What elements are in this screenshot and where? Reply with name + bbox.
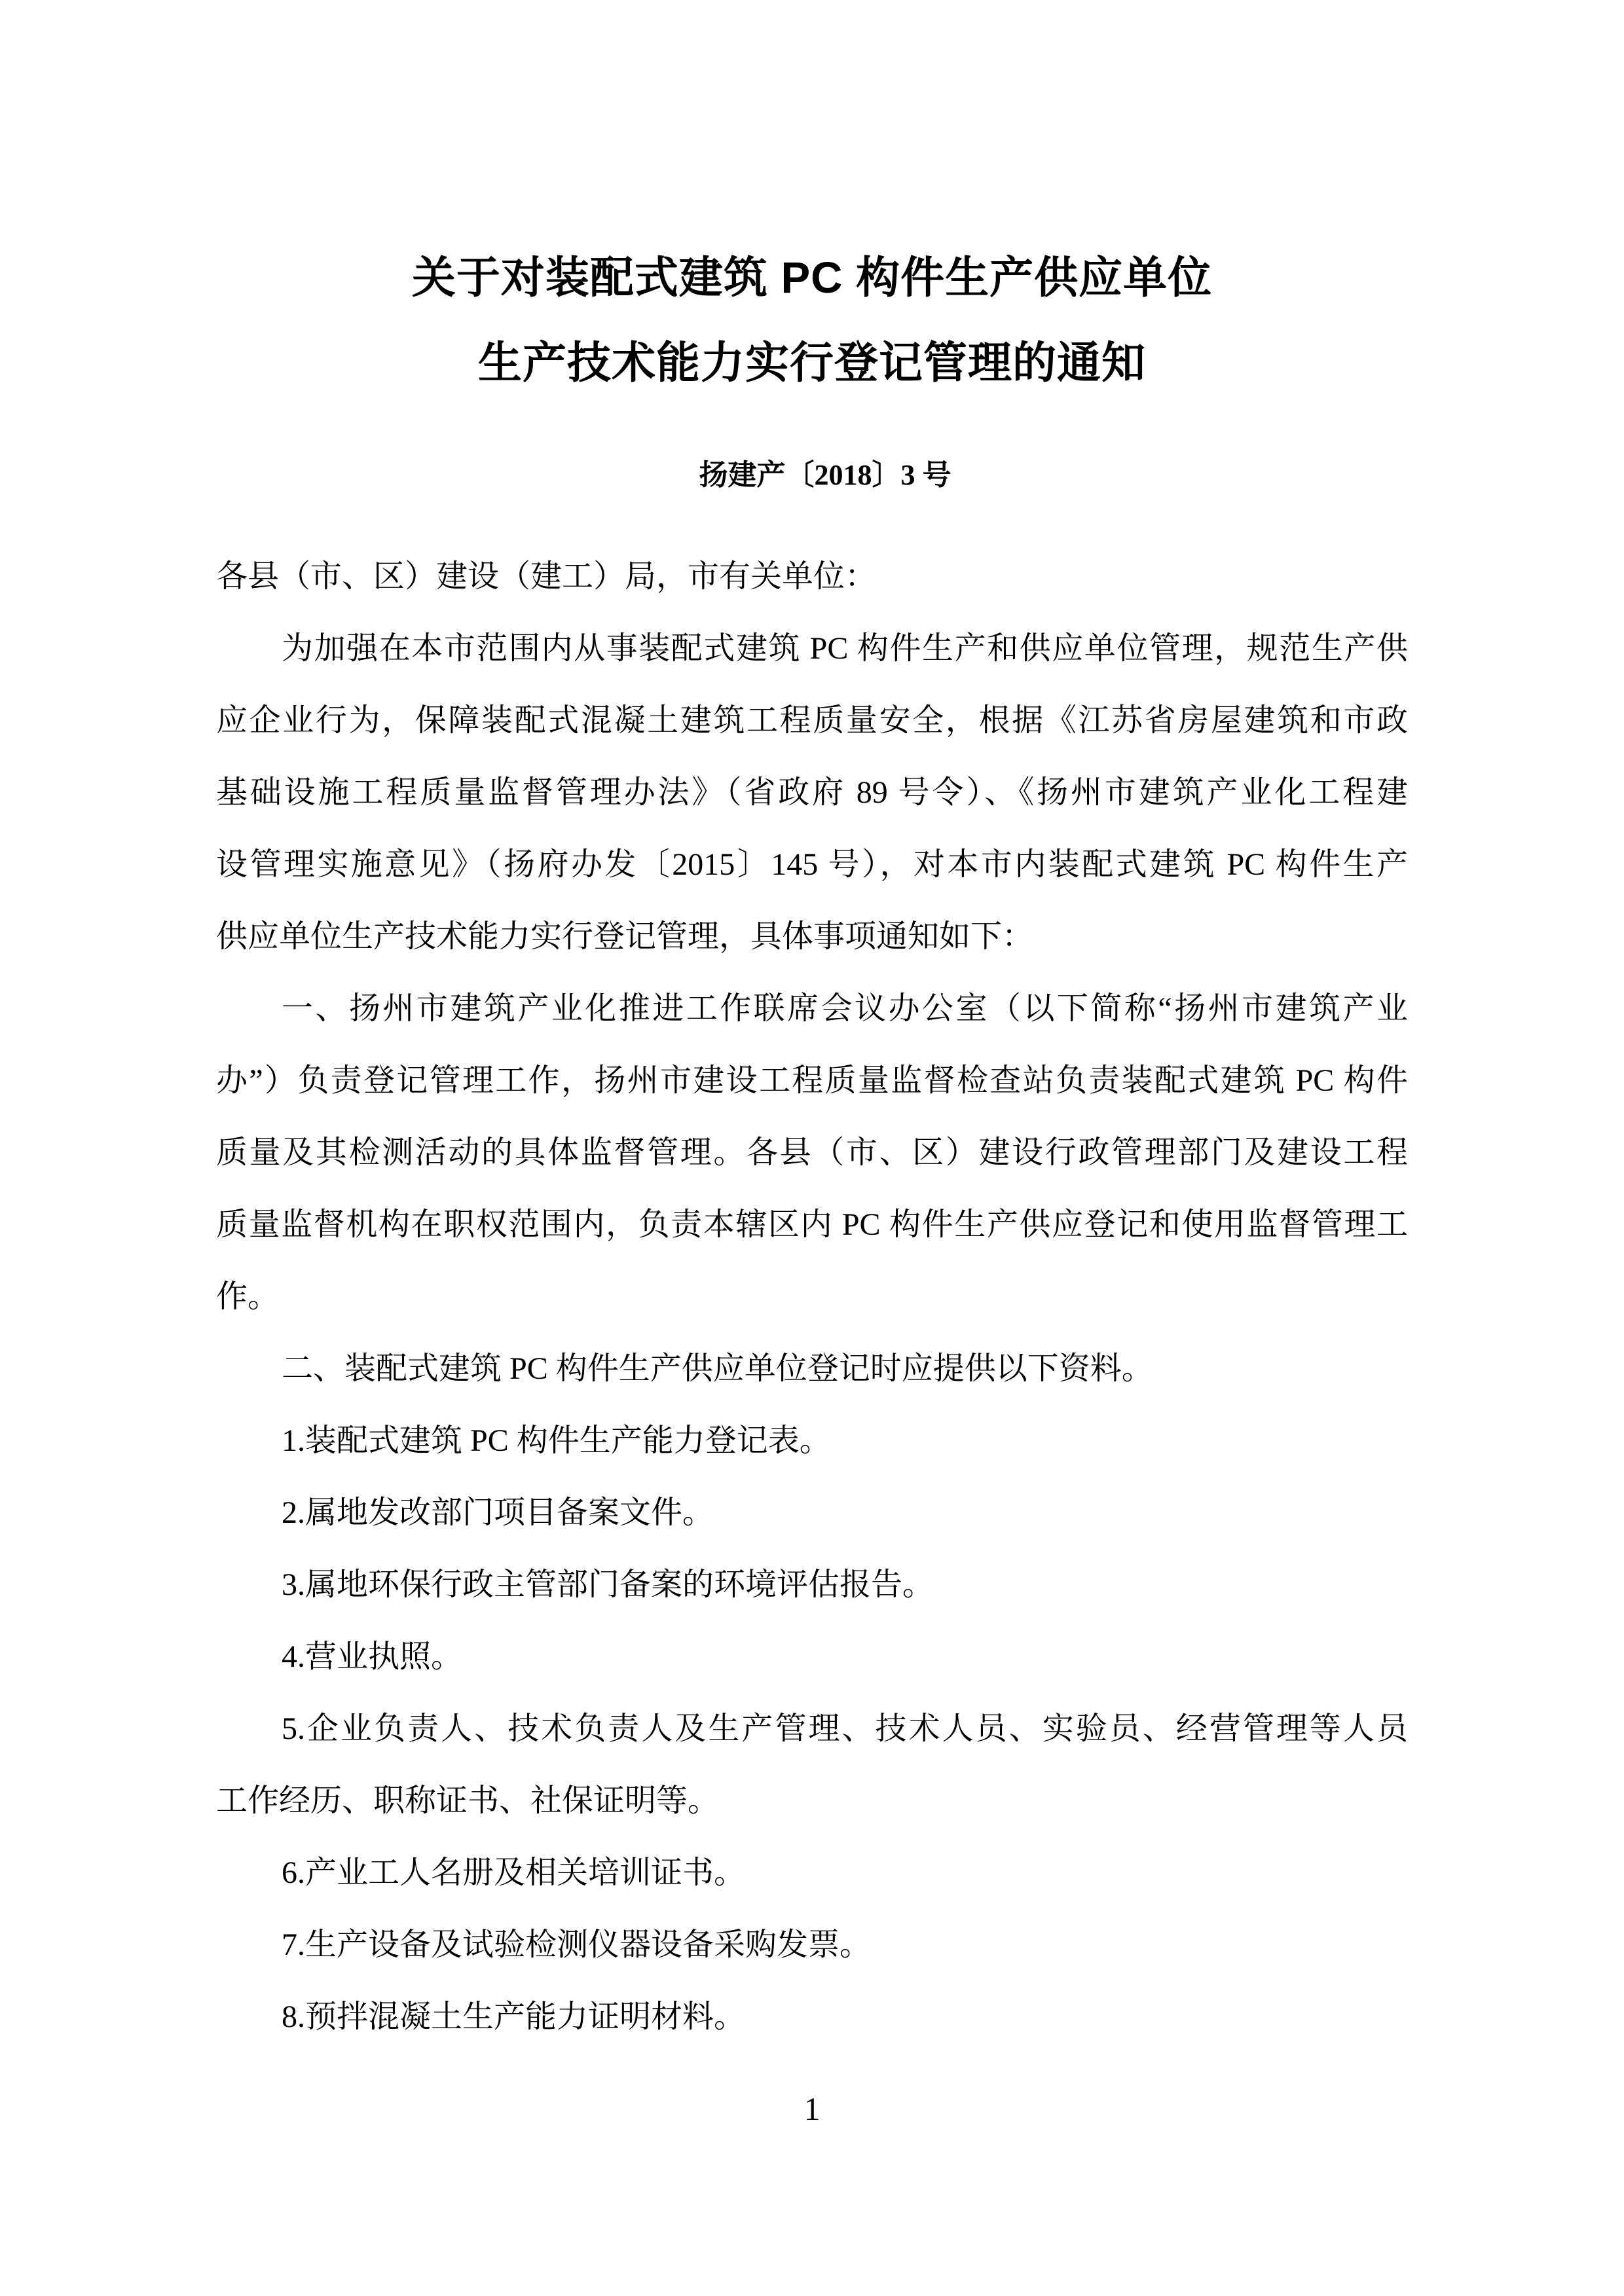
body-line: 二、装配式建筑 PC 构件生产供应单位登记时应提供以下资料。: [216, 1333, 1408, 1405]
body-line: 为加强在本市范围内从事装配式建筑 PC 构件生产和供应单位管理，规范生产供: [216, 613, 1408, 685]
body-line: 1.装配式建筑 PC 构件生产能力登记表。: [216, 1405, 1408, 1477]
body-line: 3.属地环保行政主管部门备案的环境评估报告。: [216, 1549, 1408, 1621]
body-line: 7.生产设备及试验检测仪器设备采购发票。: [216, 1909, 1408, 1981]
body-line: 2.属地发改部门项目备案文件。: [216, 1477, 1408, 1549]
document-title-line-2: 生产技术能力实行登记管理的通知: [0, 321, 1624, 406]
body-line: 办”）负责登记管理工作，扬州市建设工程质量监督检查站负责装配式建筑 PC 构件: [216, 1045, 1408, 1117]
body-line: 质量监督机构在职权范围内，负责本辖区内 PC 构件生产供应登记和使用监督管理工: [216, 1189, 1408, 1261]
body-line: 作。: [216, 1261, 1408, 1333]
body-line: 6.产业工人名册及相关培训证书。: [216, 1837, 1408, 1909]
body-line: 各县（市、区）建设（建工）局，市有关单位：: [216, 541, 1408, 613]
body-line: 8.预拌混凝土生产能力证明材料。: [216, 1981, 1408, 2053]
body-line: 4.营业执照。: [216, 1621, 1408, 1693]
body-line: 设管理实施意见》（扬府办发〔2015〕145 号），对本市内装配式建筑 PC 构…: [216, 829, 1408, 901]
body-line: 质量及其检测活动的具体监督管理。各县（市、区）建设行政管理部门及建设工程: [216, 1117, 1408, 1189]
body-line: 应企业行为，保障装配式混凝土建筑工程质量安全，根据《江苏省房屋建筑和市政: [216, 685, 1408, 757]
document-title: 关于对装配式建筑 PC 构件生产供应单位 生产技术能力实行登记管理的通知: [0, 236, 1624, 406]
page-number: 1: [0, 2090, 1624, 2127]
document-page: 关于对装配式建筑 PC 构件生产供应单位 生产技术能力实行登记管理的通知 扬建产…: [0, 0, 1624, 2296]
body-line: 基础设施工程质量监督管理办法》（省政府 89 号令）、《扬州市建筑产业化工程建: [216, 757, 1408, 829]
body-line: 工作经历、职称证书、社保证明等。: [216, 1765, 1408, 1837]
body-line: 供应单位生产技术能力实行登记管理，具体事项通知如下：: [216, 901, 1408, 973]
body-line: 一、扬州市建筑产业化推进工作联席会议办公室（以下简称“扬州市建筑产业: [216, 973, 1408, 1045]
document-title-line-1: 关于对装配式建筑 PC 构件生产供应单位: [0, 236, 1624, 321]
body-line: 5.企业负责人、技术负责人及生产管理、技术人员、实验员、经营管理等人员: [216, 1693, 1408, 1765]
document-number: 扬建产〔2018〕3 号: [0, 457, 1624, 494]
body-text: 各县（市、区）建设（建工）局，市有关单位：为加强在本市范围内从事装配式建筑 PC…: [216, 541, 1408, 2053]
